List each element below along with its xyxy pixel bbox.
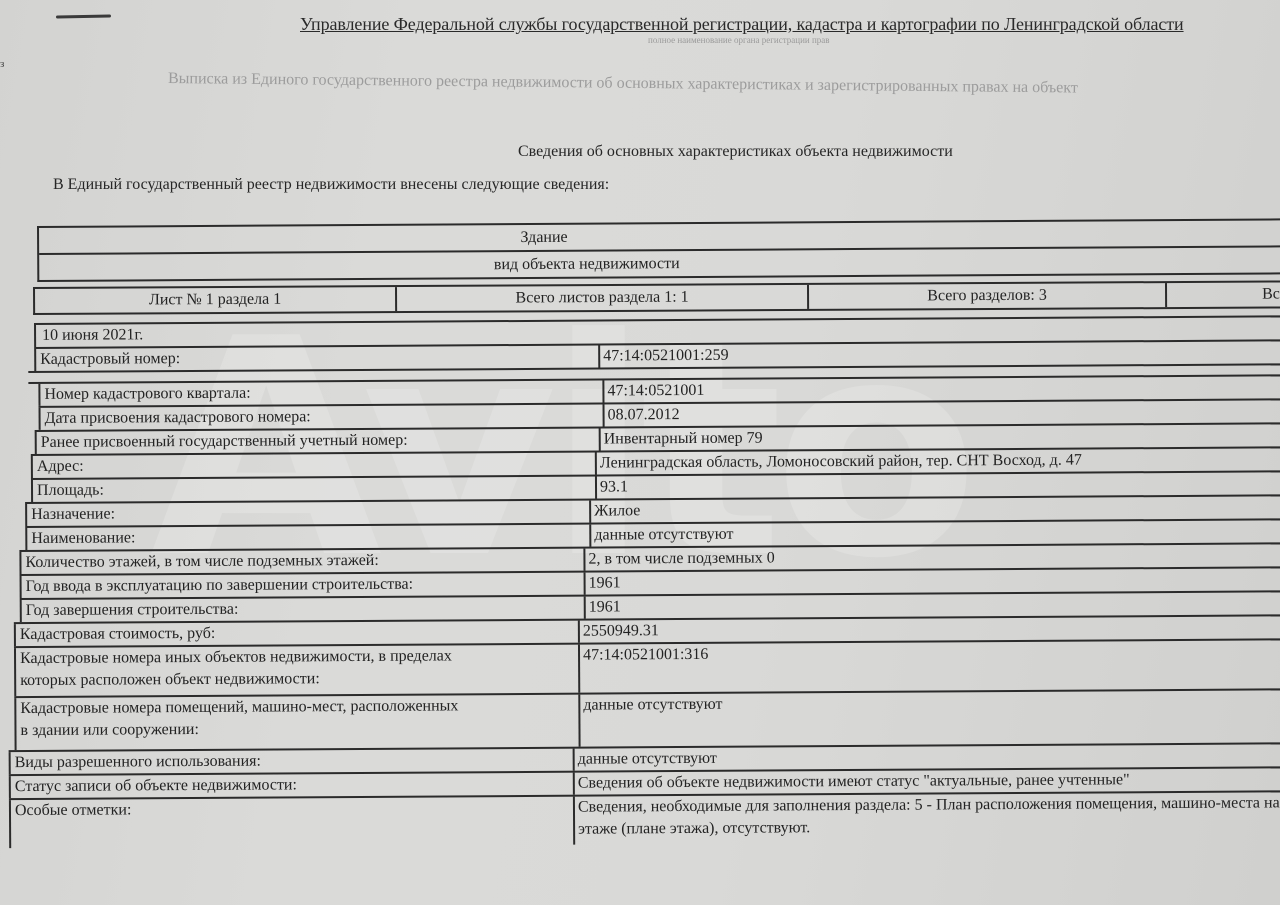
total-sheets: Всего листов раздела 1: 1: [395, 285, 807, 311]
sheet-info-truncated: Вс: [1165, 282, 1280, 307]
row-value: Ленинградская область, Ломоносовский рай…: [597, 448, 1280, 474]
row-value: 2550949.31: [580, 616, 1280, 643]
characteristics-rows: Номер кадастрового квартала: 47:14:05210…: [28, 374, 1280, 848]
row-value: 93.1: [597, 472, 1280, 498]
pen-mark: [56, 15, 111, 19]
authority-caption: полное наименование органа регистрации п…: [648, 35, 830, 45]
row-label: Количество этажей, в том числе подземных…: [19, 549, 585, 574]
row-label: Особые отметки:: [9, 797, 575, 848]
row-label: Год ввода в эксплуатацию по завершении с…: [20, 573, 586, 598]
row-label: Год завершения строительства:: [20, 597, 586, 622]
row-label: Дата присвоения кадастрового номера:: [39, 404, 605, 429]
row-label: Кадастровые номера помещений, машино-мес…: [14, 695, 580, 750]
row-label: Кадастровые номера иных объектов недвижи…: [14, 645, 580, 696]
margin-note: з: [0, 58, 4, 70]
extract-title: Выписка из Единого государственного реес…: [168, 70, 1078, 98]
row-value: 47:14:0521001:259: [600, 341, 1280, 367]
row-value: 1961: [586, 568, 1280, 595]
row-value: 1961: [586, 592, 1280, 619]
row-label: Статус записи об объекте недвижимости:: [9, 773, 575, 798]
intro-text: В Единый государственный реестр недвижим…: [53, 176, 609, 194]
row-value: Инвентарный номер 79: [601, 424, 1280, 450]
table-row: Особые отметки: Сведения, необходимые дл…: [9, 790, 1280, 848]
row-value: 2, в том числе подземных 0: [585, 544, 1280, 571]
row-value: данные отсутствуют: [591, 520, 1280, 547]
document-page: Avito з Управление Федеральной службы го…: [0, 0, 1280, 905]
row-label: Кадастровая стоимость, руб:: [14, 621, 580, 646]
row-label: Кадастровый номер:: [34, 346, 600, 371]
row-value: Сведения об объекте недвижимости имеют с…: [575, 768, 1280, 795]
row-value: данные отсутствуют: [580, 690, 1280, 747]
total-sections: Всего разделов: 3: [807, 283, 1165, 309]
sheet-info-row: Лист № 1 раздела 1 Всего листов раздела …: [33, 280, 1280, 315]
registration-authority: Управление Федеральной службы государств…: [300, 14, 1184, 35]
table-row: Кадастровые номера помещений, машино-мес…: [14, 688, 1280, 750]
sheet-number: Лист № 1 раздела 1: [35, 287, 395, 313]
row-label: Адрес:: [31, 453, 597, 478]
row-label: Назначение:: [25, 501, 591, 526]
row-value: 08.07.2012: [605, 400, 1280, 426]
table-row: Кадастровые номера иных объектов недвижи…: [14, 638, 1280, 696]
row-value: 47:14:0521001:316: [580, 640, 1280, 693]
row-value: Сведения, необходимые для заполнения раз…: [575, 792, 1280, 845]
row-label: Ранее присвоенный государственный учетны…: [35, 429, 601, 454]
row-value: 47:14:0521001: [604, 376, 1280, 402]
property-data-table: 10 июня 2021г. Кадастровый номер: 47:14:…: [28, 315, 1280, 848]
row-value: Жилое: [591, 496, 1280, 523]
row-label: Номер кадастрового квартала:: [38, 380, 604, 405]
section-title: Сведения об основных характеристиках объ…: [518, 143, 953, 161]
row-value: данные отсутствуют: [575, 744, 1280, 771]
row-label: Площадь:: [31, 477, 597, 502]
row-label: Наименование:: [25, 525, 591, 550]
object-type-block: Здание вид объекта недвижимости: [37, 218, 1280, 282]
row-label: Виды разрешенного использования:: [9, 749, 575, 774]
